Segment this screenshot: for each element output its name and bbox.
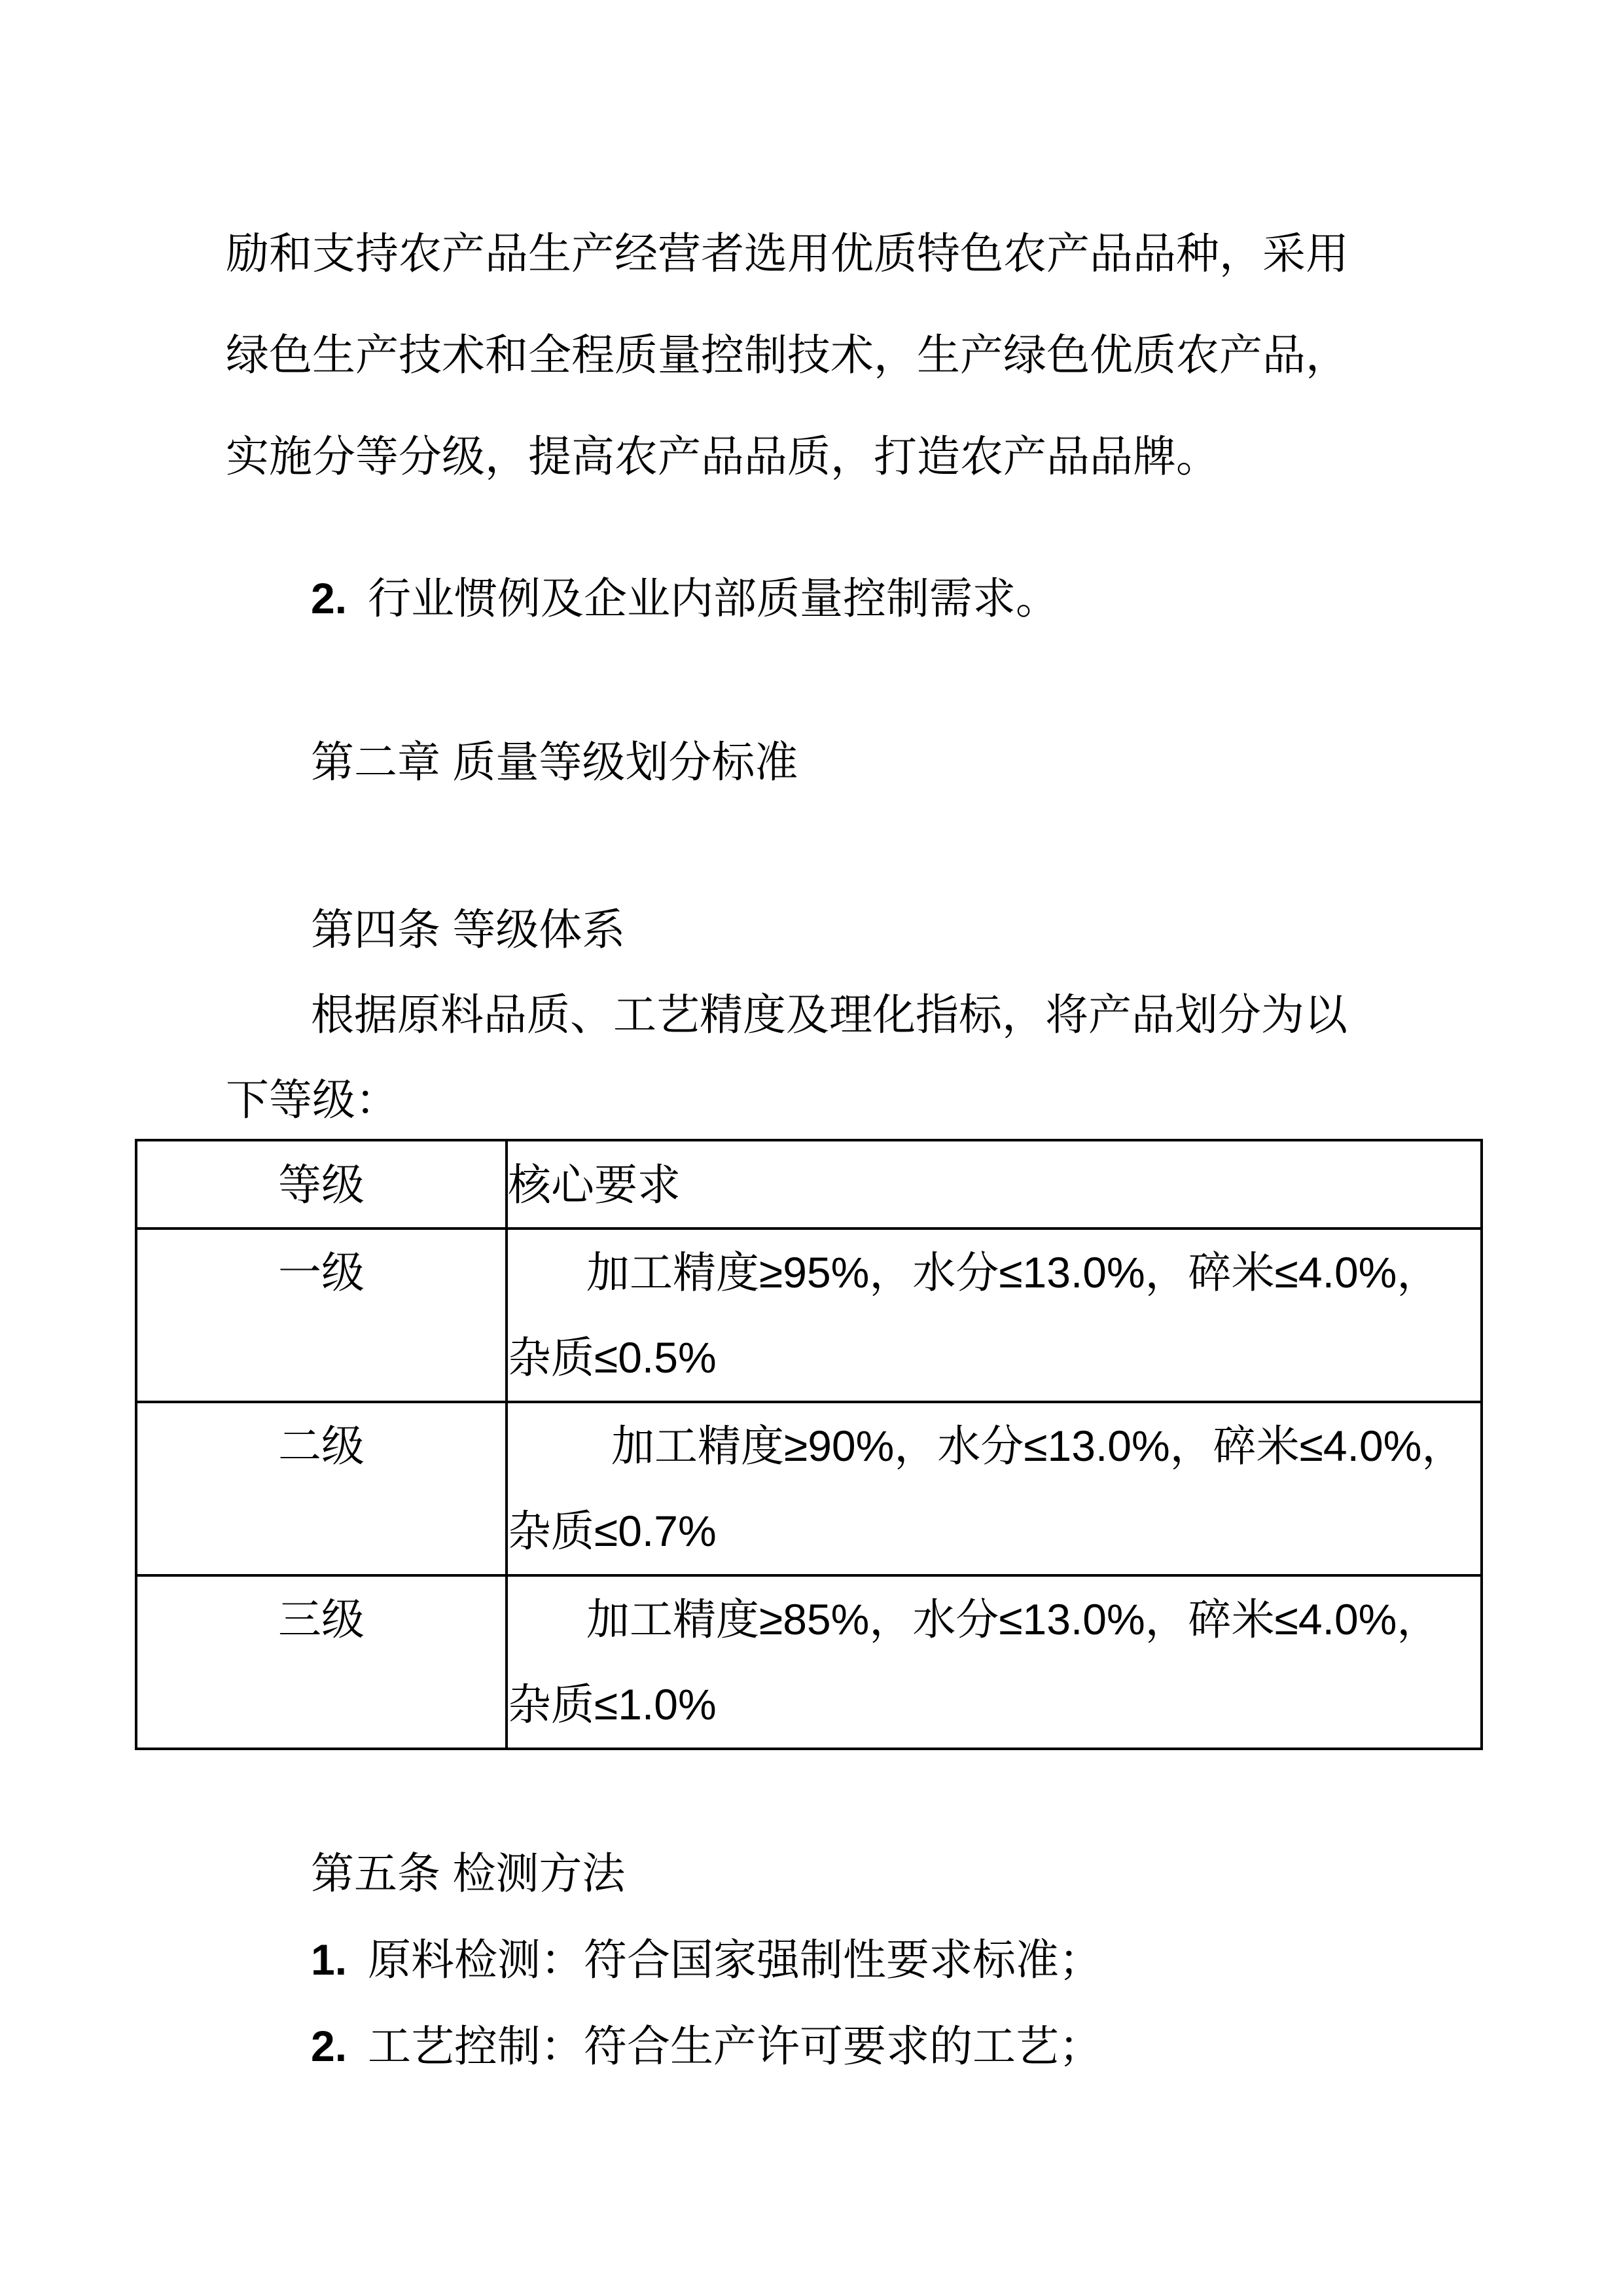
requirements-level-3-line-1: 加工精度≥85%，水分≤13.0%，碎米≤4.0%，	[508, 1577, 1480, 1662]
requirements-cell-level-2: 加工精度≥90%，水分≤13.0%，碎米≤4.0%， 杂质≤0.7%	[507, 1402, 1482, 1575]
table-row: 二级 加工精度≥90%，水分≤13.0%，碎米≤4.0%， 杂质≤0.7%	[136, 1402, 1482, 1575]
article-5-heading: 第五条 检测方法	[311, 1846, 625, 1901]
requirements-cell-level-1: 加工精度≥95%，水分≤13.0%，碎米≤4.0%， 杂质≤0.5%	[507, 1229, 1482, 1402]
article-4-heading: 第四条 等级体系	[311, 902, 625, 957]
document-page: 励和支持农产品生产经营者选用优质特色农产品品种，采用 绿色生产技术和全程质量控制…	[0, 0, 1623, 2296]
paragraph-intro-line-1: 励和支持农产品生产经营者选用优质特色农产品品种，采用	[226, 226, 1349, 281]
detection-item-2: 2.工艺控制：符合生产许可要求的工艺；	[311, 2018, 1102, 2073]
grade-cell-level-2: 二级	[136, 1402, 507, 1575]
requirements-level-3-line-2: 杂质≤1.0%	[508, 1662, 1480, 1747]
list-item-industry-number: 2.	[311, 574, 347, 622]
table-row: 三级 加工精度≥85%，水分≤13.0%，碎米≤4.0%， 杂质≤1.0%	[136, 1575, 1482, 1749]
detection-item-1: 1.原料检测：符合国家强制性要求标准；	[311, 1932, 1102, 1987]
paragraph-intro-line-3: 实施分等分级，提高农产品品质，打造农产品品牌。	[226, 429, 1219, 484]
grade-table-header-grade: 等级	[136, 1140, 507, 1229]
grade-table-header-requirements: 核心要求	[507, 1140, 1482, 1229]
list-item-industry: 2.行业惯例及企业内部质量控制需求。	[311, 571, 1059, 626]
detection-item-1-number: 1.	[311, 1935, 347, 1984]
detection-item-2-text: 工艺控制：符合生产许可要求的工艺；	[368, 2022, 1102, 2070]
grade-table-header-row: 等级 核心要求	[136, 1140, 1482, 1229]
grade-cell-level-3: 三级	[136, 1575, 507, 1749]
grade-paragraph-line-1: 根据原料品质、工艺精度及理化指标，将产品划分为以	[311, 987, 1347, 1042]
detection-item-2-number: 2.	[311, 2022, 347, 2070]
chapter-2-heading: 第二章 质量等级划分标准	[311, 734, 798, 789]
requirements-cell-level-3: 加工精度≥85%，水分≤13.0%，碎米≤4.0%， 杂质≤1.0%	[507, 1575, 1482, 1749]
grade-table: 等级 核心要求 一级 加工精度≥95%，水分≤13.0%，碎米≤4.0%， 杂质…	[135, 1139, 1483, 1750]
detection-item-1-text: 原料检测：符合国家强制性要求标准；	[368, 1935, 1102, 1984]
requirements-level-1-line-1: 加工精度≥95%，水分≤13.0%，碎米≤4.0%，	[508, 1230, 1480, 1315]
requirements-level-2-line-1: 加工精度≥90%，水分≤13.0%，碎米≤4.0%，	[508, 1403, 1480, 1488]
requirements-level-1-line-2: 杂质≤0.5%	[508, 1315, 1480, 1400]
grade-paragraph-line-2: 下等级：	[226, 1072, 399, 1127]
requirements-level-2-line-2: 杂质≤0.7%	[508, 1488, 1480, 1573]
paragraph-intro-line-2: 绿色生产技术和全程质量控制技术，生产绿色优质农产品，	[226, 327, 1349, 382]
table-row: 一级 加工精度≥95%，水分≤13.0%，碎米≤4.0%， 杂质≤0.5%	[136, 1229, 1482, 1402]
grade-cell-level-1: 一级	[136, 1229, 507, 1402]
list-item-industry-text: 行业惯例及企业内部质量控制需求。	[368, 574, 1059, 622]
